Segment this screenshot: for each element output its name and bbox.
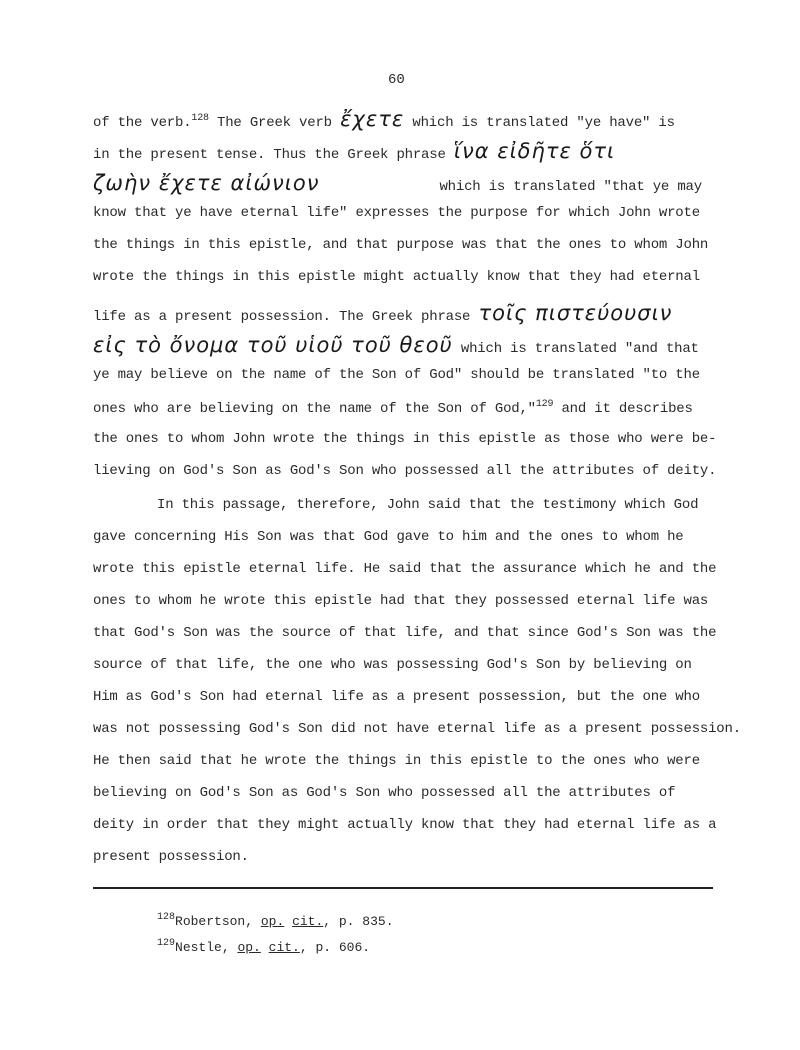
text-line: εἰς τὸ ὄνομα τοῦ υἱοῦ τοῦ θεοῦ which is … — [93, 333, 699, 357]
text-line: of the verb.128 The Greek verb ἔχετε whi… — [93, 107, 675, 131]
text: The Greek verb — [209, 115, 340, 131]
footnote-number: 128 — [157, 912, 175, 923]
text-line: believing on God's Son as God's Son who … — [93, 785, 675, 801]
text-line: that God's Son was the source of that li… — [93, 625, 716, 641]
footnote-op: op. — [261, 914, 284, 929]
footnote-128: 128Robertson, op. cit., p. 835. — [157, 912, 394, 929]
text-line: gave concerning His Son was that God gav… — [93, 529, 684, 545]
text-line: the ones to whom John wrote the things i… — [93, 431, 716, 447]
footnote-cit: cit. — [269, 940, 300, 955]
text-line: deity in order that they might actually … — [93, 817, 716, 833]
text-line: wrote the things in this epistle might a… — [93, 269, 700, 285]
text-line: know that ye have eternal life" expresse… — [93, 205, 700, 221]
text-line: ye may believe on the name of the Son of… — [93, 367, 700, 383]
footnote-page: , p. 606. — [300, 940, 370, 955]
greek-handwritten: ἔχετε — [340, 107, 404, 131]
footnote-ref: 129 — [536, 399, 553, 410]
text-line: was not possessing God's Son did not hav… — [93, 721, 741, 737]
greek-handwritten: τοῖς πιστεύουσιν — [478, 301, 672, 325]
footnote-divider — [93, 887, 713, 889]
text-line: lieving on God's Son as God's Son who po… — [93, 463, 716, 479]
page-number: 60 — [388, 72, 405, 88]
paragraph-start: In this passage, therefore, John said th… — [157, 497, 698, 513]
text: ones who are believing on the name of th… — [93, 401, 536, 417]
text: of the verb. — [93, 115, 191, 131]
text-line: source of that life, the one who was pos… — [93, 657, 692, 673]
footnote-ref: 128 — [191, 113, 208, 124]
greek-handwritten: ζωὴν ἔχετε αἰώνιον — [93, 171, 319, 195]
text: which is translated "ye have" is — [404, 115, 675, 131]
text-line: ζωὴν ἔχετε αἰώνιονwhich is translated "t… — [93, 171, 702, 195]
footnote-op: op. — [237, 940, 260, 955]
text-line: He then said that he wrote the things in… — [93, 753, 700, 769]
footnote-cit: cit. — [292, 914, 323, 929]
text-line: ones to whom he wrote this epistle had t… — [93, 593, 708, 609]
text-line: wrote this epistle eternal life. He said… — [93, 561, 716, 577]
text-line: the things in this epistle, and that pur… — [93, 237, 708, 253]
greek-handwritten: ἵνα εἰδῆτε ὅτι — [454, 139, 615, 163]
footnote-author: Nestle, — [175, 940, 237, 955]
footnote-number: 129 — [157, 938, 175, 949]
footnote-author: Robertson, — [175, 914, 261, 929]
text-line: Him as God's Son had eternal life as a p… — [93, 689, 700, 705]
text-line: life as a present possession. The Greek … — [93, 301, 672, 325]
footnote-129: 129Nestle, op. cit., p. 606. — [157, 938, 370, 955]
text: which is translated "that ye may — [439, 179, 701, 195]
text: which is translated "and that — [453, 341, 699, 357]
text-line: in the present tense. Thus the Greek phr… — [93, 139, 615, 163]
text-line: ones who are believing on the name of th… — [93, 399, 693, 417]
text: life as a present possession. The Greek … — [93, 309, 478, 325]
text: and it describes — [553, 401, 692, 417]
greek-handwritten: εἰς τὸ ὄνομα τοῦ υἱοῦ τοῦ θεοῦ — [93, 333, 453, 357]
footnote-page: , p. 835. — [323, 914, 393, 929]
text: in the present tense. Thus the Greek phr… — [93, 147, 454, 163]
text-line: present possession. — [93, 849, 249, 865]
